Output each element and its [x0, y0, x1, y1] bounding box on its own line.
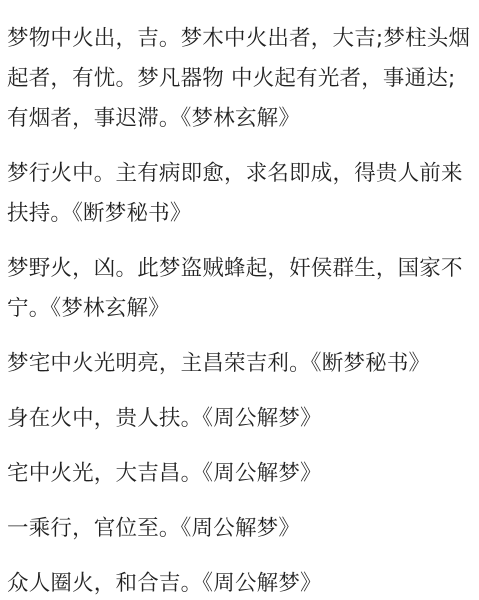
paragraph-2: 梦行火中。主有病即愈，求名即成，得贵人前来扶持。《断梦秘书》	[7, 154, 471, 234]
paragraph-1: 梦物中火出，吉。梦木中火出者，大吉;梦柱头烟起者，有忧。梦凡器物 中火起有光者，…	[7, 19, 471, 139]
paragraph-4: 梦宅中火光明亮，主昌荣吉利。《断梦秘书》	[7, 344, 471, 384]
paragraph-7: 一乘行，官位至。《周公解梦》	[7, 509, 471, 549]
paragraph-5: 身在火中，贵人扶。《周公解梦》	[7, 399, 471, 439]
article-body: 梦物中火出，吉。梦木中火出者，大吉;梦柱头烟起者，有忧。梦凡器物 中火起有光者，…	[0, 0, 479, 600]
paragraph-3: 梦野火，凶。此梦盗贼蜂起，奸侯群生，国家不宁。《梦林玄解》	[7, 249, 471, 329]
paragraph-6: 宅中火光，大吉昌。《周公解梦》	[7, 454, 471, 494]
paragraph-8: 众人圈火，和合吉。《周公解梦》	[7, 564, 471, 600]
